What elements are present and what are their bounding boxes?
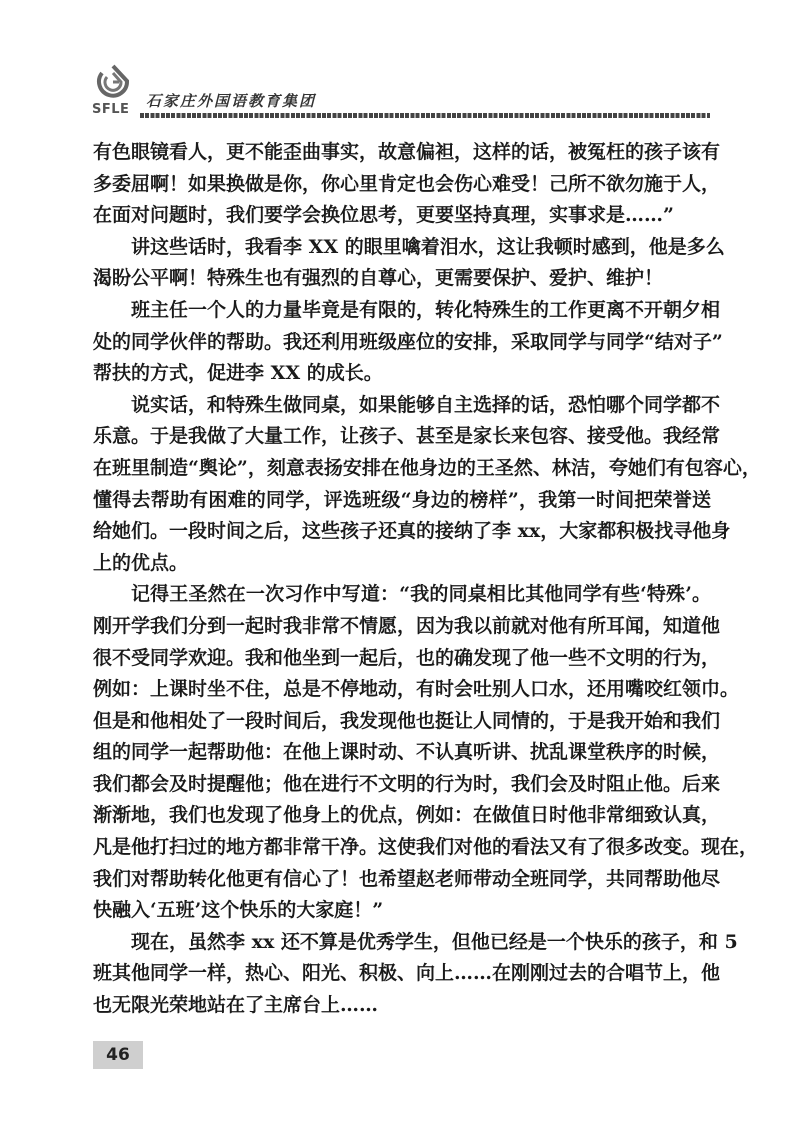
- text-line: 乐意。于是我做了大量工作，让孩子、甚至是家长来包容、接受他。我经常: [93, 421, 711, 453]
- text-line: 例如：上课时坐不住，总是不停地动，有时会吐别人口水，还用嘴咬红领巾。: [93, 674, 711, 706]
- sfle-logo: SFLE: [92, 64, 132, 118]
- text-line: 快融入‘五班’这个快乐的大家庭！”: [93, 895, 711, 927]
- text-line: 讲这些话时，我看李 XX 的眼里噙着泪水，这让我顿时感到，他是多么: [93, 232, 711, 264]
- text-line: 组的同学一起帮助他：在他上课时动、不认真听讲、扰乱课堂秩序的时候，: [93, 737, 711, 769]
- text-line: 渴盼公平啊！特殊生也有强烈的自尊心，更需要保护、爱护、维护！: [93, 263, 711, 295]
- text-line: 我们对帮助转化他更有信心了！也希望赵老师带动全班同学，共同帮助他尽: [93, 864, 711, 896]
- text-line: 班主任一个人的力量毕竟是有限的，转化特殊生的工作更离不开朝夕相: [93, 295, 711, 327]
- page-number: 46: [93, 1041, 143, 1069]
- text-line: 在班里制造“舆论”，刻意表扬安排在他身边的王圣然、林洁，夸她们有包容心，: [93, 453, 711, 485]
- text-line: 上的优点。: [93, 548, 711, 580]
- body-text: 有色眼镜看人，更不能歪曲事实，故意偏袒，这样的话，被冤枉的孩子该有多委屈啊！如果…: [93, 137, 711, 1022]
- text-line: 渐渐地，我们也发现了他身上的优点，例如：在做值日时他非常细致认真，: [93, 800, 711, 832]
- logo-icon: [96, 64, 130, 100]
- page-header: SFLE 石家庄外国语教育集团: [92, 64, 710, 120]
- text-line: 处的同学伙伴的帮助。我还利用班级座位的安排，采取同学与同学“结对子”: [93, 327, 711, 359]
- text-line: 多委屈啊！如果换做是你，你心里肯定也会伤心难受！己所不欲勿施于人，: [93, 169, 711, 201]
- page-number-box: 46: [93, 1041, 143, 1069]
- text-line: 现在，虽然李 xx 还不算是优秀学生，但他已经是一个快乐的孩子，和 5: [93, 927, 711, 959]
- header-dotted-rule: [140, 113, 710, 118]
- text-line: 在面对问题时，我们要学会换位思考，更要坚持真理，实事求是……”: [93, 200, 711, 232]
- text-line: 刚开学我们分到一起时我非常不情愿，因为我以前就对他有所耳闻，知道他: [93, 611, 711, 643]
- text-line: 说实话，和特殊生做同桌，如果能够自主选择的话，恐怕哪个同学都不: [93, 390, 711, 422]
- text-line: 班其他同学一样，热心、阳光、积极、向上……在刚刚过去的合唱节上，他: [93, 958, 711, 990]
- text-line: 很不受同学欢迎。我和他坐到一起后，也的确发现了他一些不文明的行为，: [93, 643, 711, 675]
- text-line: 懂得去帮助有困难的同学，评选班级“身边的榜样”，我第一时间把荣誉送: [93, 485, 711, 517]
- text-line: 有色眼镜看人，更不能歪曲事实，故意偏袒，这样的话，被冤枉的孩子该有: [93, 137, 711, 169]
- text-line: 帮扶的方式，促进李 XX 的成长。: [93, 358, 711, 390]
- text-line: 我们都会及时提醒他；他在进行不文明的行为时，我们会及时阻止他。后来: [93, 769, 711, 801]
- text-line: 也无限光荣地站在了主席台上……: [93, 990, 711, 1022]
- text-line: 但是和他相处了一段时间后，我发现他也挺让人同情的，于是我开始和我们: [93, 706, 711, 738]
- text-line: 记得王圣然在一次习作中写道：“我的同桌相比其他同学有些‘特殊’。: [93, 579, 711, 611]
- text-line: 凡是他打扫过的地方都非常干净。这使我们对他的看法又有了很多改变。现在，: [93, 832, 711, 864]
- logo-text: SFLE: [92, 102, 129, 117]
- text-line: 给她们。一段时间之后，这些孩子还真的接纳了李 xx，大家都积极找寻他身: [93, 516, 711, 548]
- organization-name: 石家庄外国语教育集团: [146, 90, 316, 111]
